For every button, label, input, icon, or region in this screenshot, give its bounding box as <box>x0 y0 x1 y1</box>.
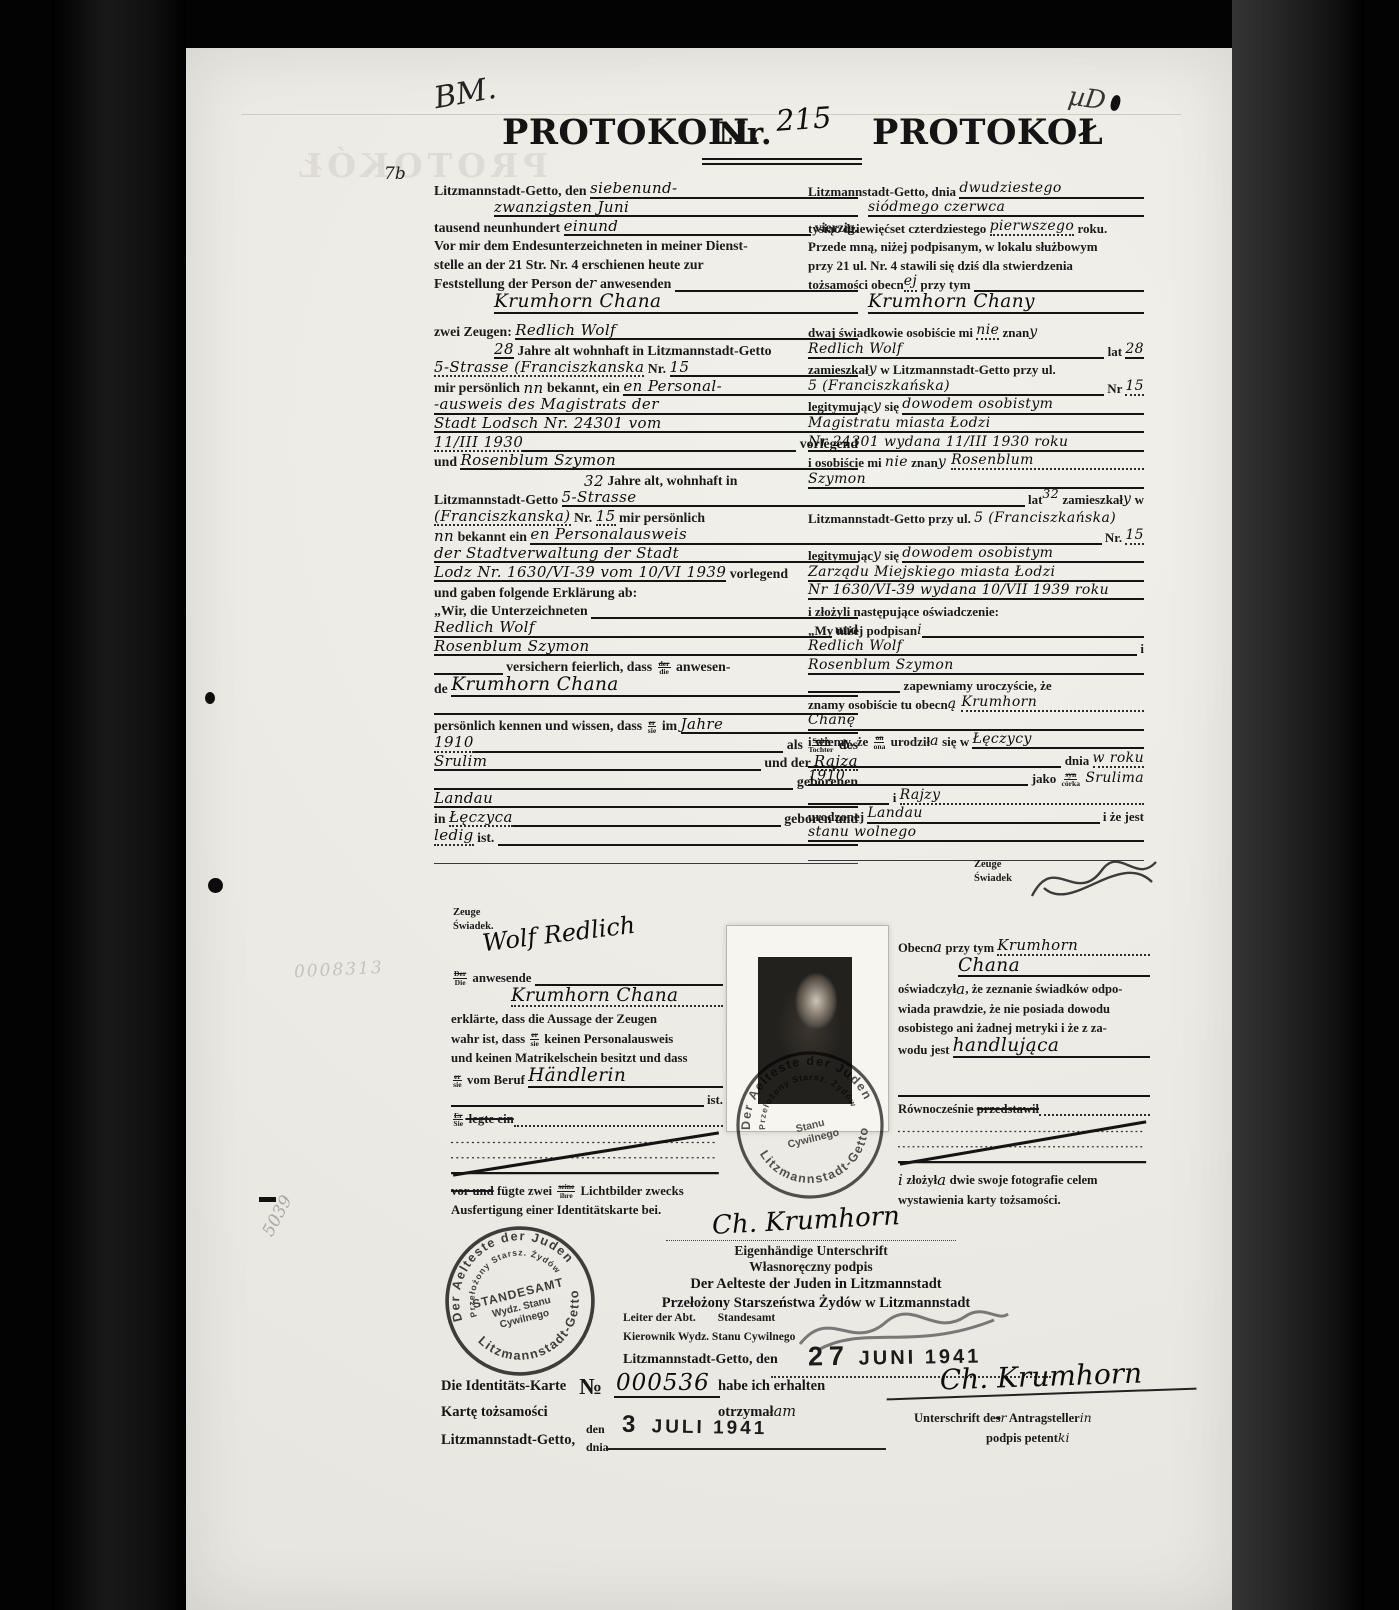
printed-option-pair: ersie <box>453 1073 462 1089</box>
form-line: Landau <box>434 790 858 809</box>
signature-caption-de: Eigenhändige Unterschrift <box>666 1240 956 1259</box>
handwritten-text: Redlich Wolf <box>434 619 832 637</box>
handwritten-text: y <box>938 455 951 470</box>
handwritten-text: Krumhorn Chany <box>868 292 1144 314</box>
form-line: Redlich Wolf i <box>808 638 1144 657</box>
form-line: -ausweis des Magistrats der <box>434 396 858 415</box>
form-line: 28 Jahre alt wohnhaft in Litzmannstadt-G… <box>434 340 858 359</box>
form-line: wiada prawdzie, że nie posiada dowodu <box>898 997 1150 1017</box>
printed-option-pair: onona <box>874 734 886 750</box>
form-line: lat32 zamieszkały w <box>808 489 1144 508</box>
form-line: i Rajzy <box>808 786 1144 805</box>
printed-text: und der <box>761 756 814 771</box>
printed-text: oświadczył <box>898 983 956 997</box>
handwritten-text: Rajzy <box>900 788 1144 805</box>
form-line <box>898 1077 1150 1097</box>
official-role-de: Leiter der Abt.Standesamt <box>623 1312 775 1324</box>
form-line <box>898 1058 1150 1078</box>
form-line: legitymujący się dowodem osobistym <box>808 396 1144 415</box>
handwritten-text: 1910 <box>808 769 1028 786</box>
form-line: 1910 als SohnTochter des <box>434 734 858 753</box>
received-pl-handwritten: am <box>774 1404 796 1420</box>
printed-text: Przede mną, niżej podpisanym, w lokalu s… <box>808 240 1098 254</box>
form-line: versichern feierlich, dass derdie anwese… <box>434 656 858 675</box>
printed-text: znamy osobiście tu obecn <box>808 698 948 712</box>
blank-line <box>451 1105 704 1107</box>
witness-label-right: Zeuge Świadek <box>974 858 1012 886</box>
form-line: Litzmannstadt-Getto, dnia dwudziestego <box>808 180 1144 199</box>
blank-line <box>922 636 1144 638</box>
handwritten-text: a <box>937 1172 946 1188</box>
printed-text: tysiąc dziewięćset czterdziestego <box>808 222 990 236</box>
form-line: Nr. 15 <box>808 526 1144 545</box>
printed-text: Nr. <box>571 511 596 526</box>
printed-text: przy tym <box>942 942 997 956</box>
form-line: Vor mir dem Endesunterzeichneten in mein… <box>434 236 858 255</box>
form-line: przy 21 ul. Nr. 4 stawili się dziś dla s… <box>808 254 1144 273</box>
printed-text: persönlich kennen und wissen, dass <box>434 719 646 734</box>
printed-option-pair: seineihre <box>557 1183 575 1199</box>
handwritten-text: y <box>873 548 881 563</box>
printed-text: als <box>783 738 806 753</box>
printed-text: urodził <box>887 735 930 749</box>
form-line: Litzmannstadt-Getto przy ul. 5 (Francisz… <box>808 507 1144 526</box>
printed-text: in <box>434 812 449 827</box>
blank-line <box>434 855 858 864</box>
form-line: ist. <box>451 1088 723 1108</box>
blank-line <box>808 766 1061 768</box>
official-role-pl: Kierownik Wydz. Stanu Cywilnego <box>623 1331 795 1343</box>
printed-text: Vor mir dem Endesunterzeichneten in mein… <box>434 239 748 254</box>
handwritten-text: dowodem osobistym <box>902 397 1144 414</box>
form-line: tysiąc dziewięćset czterdziestego pierws… <box>808 217 1144 236</box>
scanned-protocol-document: { "colors":{"paper":"#edece7","ink":"#14… <box>0 0 1399 1610</box>
handwritten-text: Zarządu Miejskiego miasta Łodzi <box>808 565 1144 582</box>
handwritten-text: 32 <box>1042 487 1059 501</box>
form-line: vor und fügte zwei seineihre Lichtbilder… <box>451 1179 723 1199</box>
handwritten-text: a <box>933 939 942 955</box>
form-line: wodu jest handlująca <box>898 1036 1150 1058</box>
polish-column-main: Litzmannstadt-Getto, dnia dwudziestegosi… <box>808 180 1144 861</box>
bleedthrough-ghost-number: 0008313 <box>294 958 385 983</box>
witness-label-pl: Świadek <box>974 872 1012 886</box>
handwritten-text: 5 (Franciszkańska) <box>974 511 1116 526</box>
printed-text: zamieszkał <box>1059 493 1123 507</box>
printed-text: versichern feierlich, dass <box>503 660 656 675</box>
printed-text: und gaben folgende Erklärung ab: <box>434 586 637 601</box>
date-stamp-3-juli-1941: 3 JULI 1941 <box>622 1411 768 1442</box>
form-line: 5-Strasse (Franciszkanska Nr. 15 <box>434 359 858 378</box>
printed-text: roku. <box>1074 222 1107 236</box>
handwritten-text: Landau <box>867 806 1099 823</box>
printed-text: erklärte, dass die Aussage der Zeugen <box>451 1013 657 1027</box>
form-line: Rosenblum Szymon <box>434 638 858 657</box>
handwritten-text: (Franciszkanska) <box>434 508 571 526</box>
blank-line <box>898 1095 1150 1097</box>
form-line: 32 Jahre alt, wohnhaft in <box>434 470 858 489</box>
form-line: de Krumhorn Chana <box>434 675 858 697</box>
handwritten-text: Lodz Nr. 1630/VI-39 vom 10/VI 1939 <box>434 564 726 582</box>
form-line: Chanę <box>808 712 1144 731</box>
handwritten-text: nie <box>976 323 999 340</box>
form-line: tausend neunhundert einund vierzig. <box>434 217 858 236</box>
form-line: znamy osobiście tu obecną Krumhorn <box>808 693 1144 712</box>
printed-text: dwie swoje fotografie celem <box>946 1174 1097 1188</box>
printed-text: Jahre alt wohnhaft in Litzmannstadt-Gett… <box>514 344 772 359</box>
handwritten-text: Krumhorn Chana <box>494 292 858 314</box>
printed-option-pair: syncórka <box>1062 771 1081 787</box>
handwritten-text: Krumhorn Chana <box>451 675 858 697</box>
handwritten-text: siódmego czerwca <box>868 200 1144 217</box>
printed-text: legitymując <box>808 549 873 563</box>
form-line: i złożyła dwie swoje fotografie celem <box>898 1168 1150 1188</box>
form-line: zwanzigsten Juni <box>434 199 858 218</box>
form-line: Litzmannstadt-Getto, den siebenund- <box>434 180 858 199</box>
handwritten-text: 1910 <box>434 734 474 752</box>
witness-signature-scribble <box>1024 844 1174 919</box>
pencil-mark-top-left: BM. <box>431 71 498 116</box>
handwritten-text: Landau <box>434 790 858 808</box>
blank-line <box>514 1125 723 1127</box>
blank-line <box>1039 1114 1150 1116</box>
printed-text: i osobiście mi <box>808 456 885 470</box>
handwritten-text: 15 <box>1125 379 1144 396</box>
printed-text: ist. <box>474 831 498 846</box>
title-polish: PROTOKOŁ <box>872 112 1103 153</box>
printed-text: wiada prawdzie, że nie posiada dowodu <box>898 1003 1110 1017</box>
german-column-bottom: DerDie anwesende Krumhorn Chanaerklärte,… <box>451 966 723 1218</box>
handwritten-text: Redlich Wolf <box>808 639 1137 656</box>
bottom-den-label: den <box>586 1422 605 1437</box>
form-line: (Franciszkanska) Nr. 15 mir persönlich <box>434 507 858 526</box>
form-line: Równocześnie przedstawił <box>898 1097 1150 1117</box>
printed-text: anwesende <box>469 972 534 986</box>
printed-text: stelle an der 21 Str. Nr. 4 erschienen h… <box>434 258 704 273</box>
handwritten-text: Srulima <box>1085 771 1144 786</box>
form-line: oświadczyła, że zeznanie świadków odpo- <box>898 977 1150 997</box>
form-line: und keinen Matrikelschein besitzt und da… <box>451 1046 723 1066</box>
handwritten-text: stanu wolnego <box>808 825 1144 842</box>
handwritten-text: Redlich Wolf <box>515 322 858 340</box>
form-line: Redlich Wolf und <box>434 619 858 638</box>
form-line: „Wir, die Unterzeichneten <box>434 600 858 619</box>
handwritten-text: y <box>1029 325 1037 340</box>
handwritten-text: Srulim <box>434 753 761 771</box>
form-line: tożsamości obecnej przy tym <box>808 273 1144 292</box>
handwritten-text: einund <box>564 218 812 236</box>
form-line: der Stadtverwaltung der Stadt <box>434 545 858 564</box>
form-line: stanu wolnego <box>808 824 1144 843</box>
handwritten-text: a <box>930 734 939 749</box>
handwritten-text: Chana <box>958 956 1150 978</box>
punch-hole-mark <box>208 878 223 893</box>
printed-text: i wiemy, że <box>808 735 872 749</box>
printed-text: przy 21 ul. Nr. 4 stawili się dziś dla s… <box>808 259 1073 273</box>
printed-text: Obecn <box>898 942 933 956</box>
printed-text: vor und <box>451 1185 494 1199</box>
form-line: urodzonej Landau i że jest <box>808 805 1144 824</box>
printed-text: „My niżej podpisan <box>808 624 917 638</box>
document-page: PROTOKÓŁ 0008313 BM. 7b µD 5039 PROTOKOL… <box>186 48 1232 1610</box>
caption-part: Antragsteller <box>1006 1411 1079 1425</box>
printed-text: Lichtbilder zwecks <box>577 1185 683 1199</box>
handwritten-text: Szymon <box>808 472 1144 489</box>
handwritten-text: Krumhorn Chana <box>511 986 723 1008</box>
printed-text: Nr <box>1104 382 1125 396</box>
form-line: ErSie legte ein <box>451 1107 723 1127</box>
form-line: erklärte, dass die Aussage der Zeugen <box>451 1007 723 1027</box>
printed-text: Litzmannstadt-Getto, dnia <box>808 185 959 199</box>
handwritten-text: zwanzigsten Juni <box>494 199 858 217</box>
printed-text: keinen Personalausweis <box>541 1033 673 1047</box>
form-line: i osobiście mi nie znany Rosenblum <box>808 452 1144 471</box>
handwritten-text: ą <box>948 697 962 712</box>
caption-hw-suffix: in <box>1080 1410 1092 1425</box>
form-line: zamieszkały w Litzmannstadt-Getto przy u… <box>808 359 1144 378</box>
place-date-label: Litzmannstadt-Getto, den <box>623 1352 778 1368</box>
handwritten-text: 11/III 1930 <box>434 434 523 452</box>
printed-text: legte ein <box>465 1113 513 1127</box>
handwritten-text: 5-Strasse (Franciszkanska <box>434 359 644 377</box>
form-line: stelle an der 21 Str. Nr. 4 erschienen h… <box>434 254 858 273</box>
form-line: mir persönlich nn bekannt, ein en Person… <box>434 377 858 396</box>
printed-text: się <box>881 549 902 563</box>
form-line: Przede mną, niżej podpisanym, w lokalu s… <box>808 236 1144 255</box>
handwritten-text: 15 <box>596 508 616 526</box>
handwritten-text: y <box>1123 492 1131 507</box>
form-line: und gaben folgende Erklärung ab: <box>434 582 858 601</box>
handwritten-text: 28 <box>494 341 514 359</box>
witness-signature-left: Wolf Redlich <box>481 911 637 958</box>
form-line: Krumhorn Chana <box>434 292 858 314</box>
date-day: 27 <box>808 1341 851 1372</box>
id-card-label-pl: Kartę tożsamości <box>441 1404 548 1421</box>
printed-text: dnia <box>1061 754 1092 768</box>
printed-text: przy tym <box>917 278 974 292</box>
form-line: Redlich Wolf lat 28 <box>808 340 1144 359</box>
printed-option-pair: ersie <box>648 719 657 735</box>
form-line: i wiemy, że onona urodziła się w Łęczycy <box>808 731 1144 750</box>
form-line: in Łęczyca geboren und <box>434 808 858 827</box>
handwritten-text: Rosenblum Szymon <box>808 658 1144 675</box>
scanner-dark-band-left <box>52 0 186 1610</box>
form-line: wahr ist, dass ersie keinen Personalausw… <box>451 1027 723 1047</box>
printed-text: lat <box>1025 493 1043 507</box>
handwritten-text: Händlerin <box>528 1066 723 1088</box>
role-de-dept: Standesamt <box>718 1312 776 1324</box>
printed-text: przedstawił <box>977 1103 1039 1117</box>
printed-text: tausend neunhundert <box>434 221 564 236</box>
handwritten-text: -ausweis des Magistrats der <box>434 396 858 414</box>
protocol-number-handwritten: 215 <box>775 100 833 138</box>
printed-text: złożył <box>903 1174 937 1188</box>
ink-speck <box>205 692 215 704</box>
handwritten-text: der Stadtverwaltung der Stadt <box>434 545 858 563</box>
printed-text: anwesen- <box>673 660 731 675</box>
org-name-de: Der Aelteste der Juden in Litzmannstadt <box>601 1276 1031 1293</box>
handwritten-text: 28 <box>1125 342 1144 359</box>
form-line: persönlich kennen und wissen, dass ersie… <box>434 715 858 734</box>
printed-text: jako <box>1028 772 1059 786</box>
form-line: nn bekannt ein en Personalausweis <box>434 526 858 545</box>
printed-text: osobistego ani żadnej metryki i że z za- <box>898 1022 1107 1036</box>
form-line: dnia w roku <box>808 749 1144 768</box>
form-line: siódmego czerwca <box>808 199 1144 218</box>
handwritten-text: Nr 24301 wydana 11/III 1930 roku <box>808 435 1144 452</box>
handwritten-text: Rosenblum <box>951 453 1144 470</box>
date-rest: JULI 1941 <box>643 1416 767 1439</box>
handwritten-text: Łęczyca <box>449 809 513 827</box>
printed-text: wahr ist, dass <box>451 1033 528 1047</box>
form-line: Litzmannstadt-Getto 5-Strasse <box>434 489 858 508</box>
handwritten-text: Nr 1630/VI-39 wydana 10/VII 1939 roku <box>808 583 1144 600</box>
handwritten-text: a <box>956 981 965 997</box>
printed-text: und <box>434 455 460 470</box>
printed-option-pair: ErSie <box>453 1112 463 1128</box>
form-line: Szymon <box>808 470 1144 489</box>
printed-text: bekannt ein <box>454 530 530 545</box>
blank-line <box>513 825 781 827</box>
blank-line <box>808 505 1025 507</box>
printed-text: w Litzmannstadt-Getto przy ul. <box>877 363 1056 377</box>
handwritten-text: Krumhorn <box>961 695 1144 712</box>
printed-text: legitymując <box>808 400 873 414</box>
received-label-de: habe ich erhalten <box>718 1378 825 1395</box>
printed-text: zapewniamy uroczyście, że <box>900 679 1051 693</box>
number-sign: № <box>579 1374 602 1400</box>
form-line: osobistego ani żadnej metryki i że z za- <box>898 1016 1150 1036</box>
caption-hw-suffix: ki <box>1058 1430 1070 1445</box>
printed-option-pair: derdie <box>658 660 671 676</box>
handwritten-text: Magistratu miasta Łodzi <box>808 416 1144 433</box>
form-line: Nr 1630/VI-39 wydana 10/VII 1939 roku <box>808 582 1144 601</box>
handwritten-text: Redlich Wolf <box>808 342 1104 359</box>
printed-text: vom Beruf <box>464 1074 528 1088</box>
caption-part: Unterschrift de <box>914 1411 996 1425</box>
printed-text: i <box>1137 642 1144 656</box>
handwritten-text: nn <box>434 528 454 544</box>
printed-text: Litzmannstadt-Getto, den <box>434 184 590 199</box>
printed-text: lat <box>1104 345 1125 359</box>
printed-text: i że jest <box>1100 810 1144 824</box>
caption-part: podpis petent <box>986 1431 1058 1445</box>
printed-text: im <box>658 719 680 734</box>
blank-line <box>498 844 858 846</box>
handwritten-text: ledig <box>434 827 474 845</box>
bottom-place-label: Litzmannstadt-Getto, <box>441 1432 575 1449</box>
handwritten-text: 5 (Franciszkańska) <box>808 379 1104 396</box>
role-de-text: Leiter der Abt. <box>623 1312 696 1324</box>
date-day: 3 <box>622 1411 644 1438</box>
handwritten-text: 32 <box>584 473 604 489</box>
pencil-mark-7b: 7b <box>384 164 406 184</box>
crossed-out-blank-lines <box>898 1118 1150 1166</box>
scanner-dark-band-right <box>1232 0 1364 1610</box>
form-line: ersie vom Beruf Händlerin <box>451 1066 723 1088</box>
handwritten-text: Krumhorn <box>997 937 1150 955</box>
printed-option-pair: ersie <box>530 1031 539 1047</box>
date-underline <box>606 1448 886 1450</box>
handwritten-text: Rosenblum Szymon <box>434 638 858 656</box>
form-line: 1910 jako syncórka Srulima <box>808 768 1144 787</box>
printed-text: Feststellung der Person de <box>434 277 589 292</box>
printed-text: bekannt, ein <box>544 381 624 396</box>
printed-text: się w <box>939 735 973 749</box>
form-line <box>808 314 1144 322</box>
handwritten-text: 15 <box>1125 528 1144 545</box>
printed-text: Nr. <box>1102 531 1126 545</box>
id-card-label-de: Die Identitäts-Karte <box>441 1378 566 1395</box>
form-line: DerDie anwesende <box>451 966 723 986</box>
form-line: Stadt Lodsch Nr. 24301 vom <box>434 415 858 434</box>
witness-label-de: Zeuge <box>453 906 494 920</box>
applicant-signature-caption-de: Unterschrift desr Antragstellerin <box>914 1410 1092 1426</box>
printed-text: vorlegend <box>726 567 788 582</box>
printed-text: Równocześnie <box>898 1103 977 1117</box>
printed-text: mir persönlich <box>616 511 705 526</box>
form-line: 5 (Franciszkańska) Nr 15 <box>808 377 1144 396</box>
form-line: Srulim und der Rajza <box>434 753 858 772</box>
printed-text: mir persönlich <box>434 381 523 396</box>
form-line: Nr 24301 wydana 11/III 1930 roku <box>808 433 1144 452</box>
form-line <box>434 846 858 865</box>
form-line: Lodz Nr. 1630/VI-39 vom 10/VI 1939 vorle… <box>434 563 858 582</box>
form-line: Obecna przy tym Krumhorn <box>898 936 1150 956</box>
printed-text: znan <box>908 456 938 470</box>
printed-text: Litzmannstadt-Getto <box>434 493 562 508</box>
printed-text: i złożyli następujące oświadczenie: <box>808 605 999 619</box>
printed-text: „Wir, die Unterzeichneten <box>434 604 591 619</box>
handwritten-text: Rosenblum Szymon <box>460 452 858 470</box>
printed-text: tożsamości obecn <box>808 278 904 292</box>
ink-blot <box>1109 94 1122 112</box>
form-line: dwaj świadkowie osobiście mi nie znany <box>808 322 1144 341</box>
handwritten-text: nn <box>523 380 543 396</box>
handwritten-text: ej <box>904 274 917 291</box>
form-line: zapewniamy uroczyście, że <box>808 675 1144 694</box>
form-line: und Rosenblum Szymon <box>434 452 858 471</box>
form-line: Zarządu Miejskiego miasta Łodzi <box>808 563 1144 582</box>
handwritten-text: r <box>589 275 597 291</box>
witness-label-de: Zeuge <box>974 858 1012 872</box>
id-card-number-handwritten: 000536 <box>614 1370 720 1398</box>
title-nr-label: Nr. <box>718 116 772 152</box>
form-line: Feststellung der Person der anwesenden <box>434 273 858 292</box>
handwritten-text: Stadt Lodsch Nr. 24301 vom <box>434 415 858 433</box>
form-line: geborenen <box>434 771 858 790</box>
printed-text: de <box>434 682 451 697</box>
form-line <box>434 697 858 716</box>
printed-text: Jahre alt, wohnhaft in <box>604 474 738 489</box>
handwritten-text: y <box>873 399 881 414</box>
printed-text: zamieszkał <box>808 363 869 377</box>
printed-text: dwaj świadkowie osobiście mi <box>808 326 976 340</box>
handwritten-text: nie <box>885 455 908 470</box>
printed-text: się <box>881 400 902 414</box>
handwritten-text: dwudziestego <box>959 181 1144 198</box>
form-line: zwei Zeugen: Redlich Wolf <box>434 322 858 341</box>
title-double-underline <box>702 158 862 165</box>
printed-text: Nr. <box>644 362 669 377</box>
signature-caption-pl: Własnoręczny podpis <box>666 1259 956 1275</box>
handwritten-text: handlująca <box>953 1036 1150 1058</box>
printed-text: , że zeznanie świadków odpo- <box>965 983 1122 997</box>
printed-text: urodzonej <box>808 810 867 824</box>
printed-text: Litzmannstadt-Getto przy ul. <box>808 512 974 526</box>
form-line: „My niżej podpisani <box>808 619 1144 638</box>
handwritten-text: Łęczycy <box>972 732 1144 749</box>
form-line: Krumhorn Chany <box>808 292 1144 314</box>
